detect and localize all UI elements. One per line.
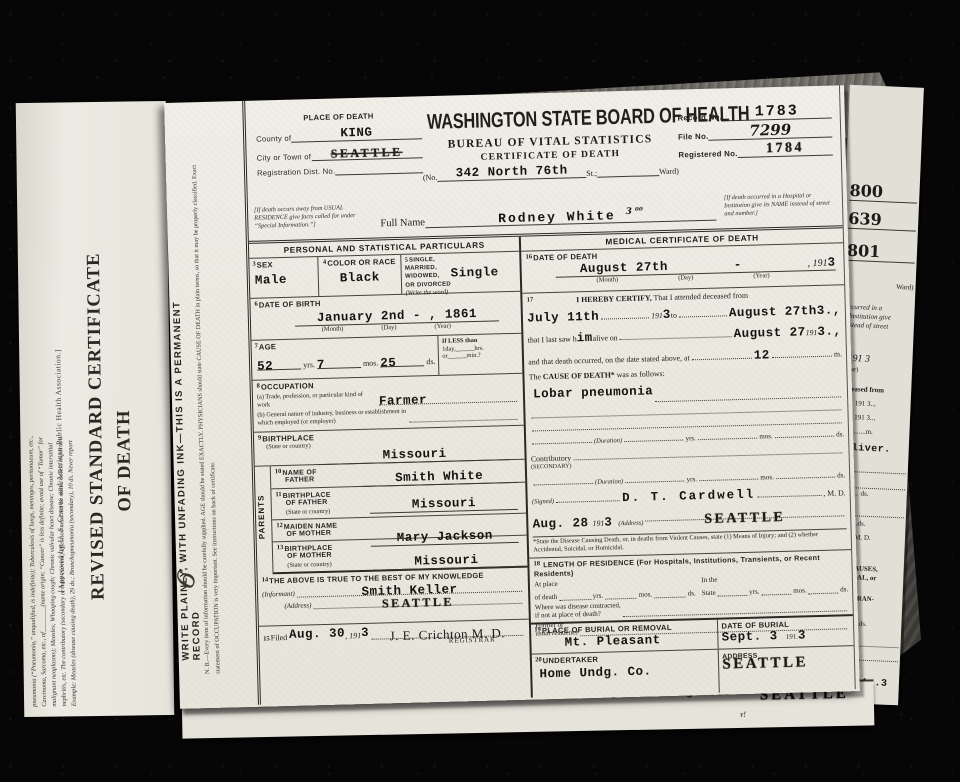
yrs-label: yrs.	[686, 474, 697, 485]
board-of-health-title: WASHINGTON STATE BOARD OF HEALTH	[426, 104, 672, 135]
form-header: PLACE OF DEATH County of KING City or To…	[245, 85, 841, 197]
street-value: 342 North 76th	[456, 163, 568, 180]
day-sublabel: (Day)	[381, 324, 396, 331]
place-of-death-block: PLACE OF DEATH County of KING City or To…	[252, 110, 424, 196]
field-number: 7	[254, 343, 257, 350]
occupation-value: Farmer	[379, 393, 427, 408]
city-label: City or Town of	[257, 152, 312, 162]
file-no-value: 7299	[749, 121, 791, 140]
marital-label: MARRIED,	[405, 265, 437, 272]
address-label: (Address)	[618, 518, 643, 529]
filed-date-value: Aug. 30	[289, 626, 345, 641]
regdist-label: Registration Dist. No.	[257, 166, 336, 177]
ds-label: ds.	[837, 470, 845, 481]
underlying-registered-number: 801	[847, 241, 916, 264]
ds-label: ds.	[840, 585, 848, 593]
full-name-label: Full Name	[380, 217, 425, 229]
death-certificate: WRITE PLAINLY, WITH UNFADING INK—THIS IS…	[164, 85, 860, 709]
yrs-label: yrs.	[593, 591, 604, 599]
month-sublabel: (Month)	[596, 276, 618, 284]
informant-row: 14THE ABOVE IS TRUE TO THE BEST OF MY KN…	[258, 568, 530, 627]
death-occurred-label: and that death occurred, on the date sta…	[528, 352, 690, 368]
signed-year-value: 3	[604, 513, 613, 533]
mother-bp-sublabel: (State or country)	[287, 561, 332, 569]
fee-annotation: 3 ⁰⁰	[626, 207, 644, 217]
hereby-certify-label: I HEREBY CERTIFY,	[576, 293, 652, 304]
title-block: WASHINGTON STATE BOARD OF HEALTH BUREAU …	[421, 104, 679, 193]
dod-year-value: 3	[827, 255, 835, 269]
certification-block: 17 I HEREBY CERTIFY, That I attended dec…	[523, 285, 852, 558]
age-label: AGE	[259, 342, 277, 351]
ward-suffix: Ward)	[659, 166, 679, 176]
filed-year-value: 3	[361, 626, 369, 640]
occupation-row: 8OCCUPATION (a) Trade, profession, or pa…	[252, 374, 524, 433]
field-number: 4	[323, 259, 326, 266]
underlying-file-number: 639	[848, 209, 917, 232]
city-value-stamp: SEATTLE	[331, 144, 403, 160]
marital-label: OR DIVORCED	[405, 281, 451, 288]
certificate-form: PLACE OF DEATH County of KING City or To…	[242, 85, 856, 704]
underlying-year-sub: (Year)	[842, 366, 910, 376]
parents-label: PARENTS	[256, 494, 266, 539]
underlying-note-line4: r.]	[843, 330, 911, 341]
hospital-note: [If death occurred in a Hospital or Inst…	[724, 192, 837, 228]
occupation-b-label: (b) General nature of industry, business…	[257, 408, 407, 427]
field-number: 5	[405, 257, 408, 264]
cause-of-death-value: Lobar pneumonia	[533, 383, 653, 406]
print-191: 191	[806, 327, 818, 339]
print-191: 191	[592, 517, 604, 529]
of-death-label: of death	[534, 592, 557, 601]
informant-label: (Informant)	[262, 590, 295, 599]
duration-label: (Duration)	[594, 436, 622, 447]
contracted-label2: if not at place of death?	[535, 609, 601, 619]
m-label: m.	[834, 348, 842, 360]
dod-day-value: -	[734, 258, 742, 272]
attended-from-value: July 11th	[527, 308, 599, 329]
duration-label: (Duration)	[595, 477, 623, 488]
field-number: 10	[275, 468, 282, 475]
back-instructions-text: pneumonia (“Pneumonia,” unqualified, is …	[26, 423, 166, 707]
state-label: State	[702, 588, 716, 596]
county-label: County of	[256, 133, 291, 143]
occupation-a-label: (a) Trade, profession, or particular kin…	[257, 391, 377, 409]
physician-address-stamp: SEATTLE	[704, 509, 785, 526]
form-body: PERSONAL AND STATISTICAL PARTICULARS 3SE…	[249, 225, 855, 704]
birthplace-value: Missouri	[382, 446, 446, 462]
attended-to-value: August 27th	[729, 302, 817, 324]
print-191: 191.	[786, 632, 798, 640]
last-saw-year: 3.,	[817, 323, 842, 343]
in-the-label: In the	[701, 575, 717, 583]
street-no-prefix: (No.	[423, 172, 438, 181]
sex-label: SEX	[257, 260, 273, 269]
age-months-value: 7	[317, 358, 325, 372]
yrs-label: yrs.	[749, 587, 760, 595]
street-suffix: St.;	[586, 168, 597, 177]
underlying-record-number: 800	[849, 181, 918, 204]
field-number: 9	[258, 435, 261, 442]
marital-label: WIDOWED,	[405, 273, 440, 280]
underlying-year-line: , 191 3	[842, 353, 910, 367]
cause-of-death-label: CAUSE OF DEATH*	[543, 371, 615, 382]
mother-birthplace-value: Missouri	[414, 553, 478, 569]
md-label: , M. D.	[823, 487, 846, 500]
father-name-value: Smith White	[395, 469, 483, 485]
print-191: 191	[651, 310, 663, 322]
dob-label: DATE OF BIRTH	[259, 299, 321, 310]
full-name-value: Rodney White	[498, 208, 616, 226]
informant-address-stamp: SEATTLE	[382, 595, 454, 611]
race-label: COLOR OR RACE	[327, 257, 396, 268]
secondary-label: (SECONDARY)	[531, 463, 571, 470]
field-number: 17	[527, 296, 534, 303]
field-number: 20	[535, 656, 542, 663]
undertaker-label: UNDERTAKER	[543, 654, 599, 664]
signed-date-value: Aug. 28	[532, 514, 589, 535]
field-number: 12	[276, 522, 283, 529]
dod-month-value: August 27th	[580, 260, 668, 276]
undertaker-row: 20UNDERTAKER Home Undg. Co. ADDRESS SEAT…	[532, 646, 855, 698]
marital-label: SINGLE,	[409, 257, 435, 264]
attended-to-year: 3.,	[817, 301, 842, 321]
day-sublabel: (Day)	[678, 274, 693, 281]
physician-signature: D. T. Cardwell	[622, 486, 755, 509]
field-number: 14	[262, 576, 269, 583]
yrs-label: yrs.	[303, 360, 315, 369]
date-of-birth-row: 6DATE OF BIRTH January 2nd - , 1861 (Mon…	[250, 292, 521, 341]
father-birthplace-value: Missouri	[412, 496, 476, 512]
ds-label: ds.	[836, 429, 844, 440]
min-note: or______min.?	[442, 352, 480, 360]
mos-label: mos.	[793, 586, 807, 594]
parents-block: PARENTS 10NAME OF FATHER Smith White 11B…	[255, 460, 528, 575]
year-sublabel: (Year)	[753, 272, 769, 279]
field-number: 19	[534, 626, 541, 633]
field-number: 6	[254, 301, 257, 308]
pen-mark: ʏ!	[740, 710, 746, 719]
mos-label: mos.	[760, 472, 774, 483]
age-days-value: 25	[380, 356, 396, 370]
mos-label: mos.	[639, 590, 653, 598]
dod-label: DATE OF DEATH	[533, 252, 598, 263]
burial-place-value: Mt. Pleasant	[565, 631, 715, 649]
month-sublabel: (Month)	[322, 325, 344, 333]
age-row: 7AGE 52yrs. 7mos. 25ds. If LESS than 1da…	[251, 334, 522, 381]
last-saw-date: August 27	[733, 324, 805, 345]
personal-particulars-column: PERSONAL AND STATISTICAL PARTICULARS 3SE…	[249, 237, 533, 705]
occupation-label: OCCUPATION	[261, 381, 314, 391]
was-as-follows-label: was as follows:	[617, 369, 665, 379]
regdist-blank	[335, 172, 422, 175]
field-number: 13	[277, 544, 284, 551]
informant-address-label: (Address)	[284, 601, 311, 610]
year-sublabel: (Year)	[434, 323, 450, 330]
mos-label: mos.	[363, 358, 379, 367]
field-number: 8	[257, 383, 260, 390]
father-bp-sublabel: (State or country)	[286, 508, 331, 516]
attended-from-year: 3	[663, 306, 672, 326]
record-no-value: 1783	[755, 102, 799, 120]
scanned-death-certificate: 800 639 801 Ward) occurred in a r Instit…	[0, 0, 960, 782]
signed-label: (Signed)	[532, 497, 554, 508]
file-no-label: File No.	[678, 132, 709, 142]
ds-label: ds.	[688, 589, 696, 597]
dod-191-print: , 191	[807, 258, 827, 270]
marital-value: Single	[451, 265, 499, 280]
at-place-label: At place	[534, 579, 558, 588]
yrs-label: yrs.	[685, 433, 696, 444]
field-number: 15	[263, 635, 270, 642]
field-number: 11	[275, 491, 281, 498]
race-value: Black	[321, 270, 398, 286]
undertaker-value: Home Undg. Co.	[539, 662, 715, 681]
ds-label: ds.	[426, 357, 435, 366]
alive-on-label: alive on	[593, 333, 618, 346]
last-saw-him: im	[576, 329, 593, 349]
age-years-value: 52	[257, 359, 273, 373]
usual-residence-note: [If death occurs away from USUAL RESIDEN…	[254, 204, 373, 241]
certificate-back-fold: [Approved by U. S. Census and American P…	[16, 101, 175, 717]
death-time-value: 12	[754, 346, 771, 366]
to-label: to	[671, 310, 677, 322]
field-number: 3	[252, 261, 255, 268]
filed-label: Filed	[271, 633, 288, 642]
burial-date-value: Sept. 3	[722, 629, 778, 644]
length-of-residence-row: 18 LENGTH OF RESIDENCE (For Hospitals, I…	[529, 550, 852, 624]
filed-191-print: , 191	[345, 631, 361, 640]
sex-race-marital-row: 3SEX Male 4COLOR OR RACE Black 5SINGLE, …	[249, 252, 520, 299]
the-label: The	[529, 372, 541, 381]
last-saw-label: that I last saw h	[528, 334, 577, 347]
burial-year-value: 3	[798, 628, 806, 642]
underlying-ward-label: Ward)	[845, 281, 913, 292]
mos-label: mos.	[759, 431, 773, 442]
field-number: 16	[526, 253, 533, 260]
county-value: KING	[340, 126, 372, 141]
filed-row: 15 Filed Aug. 30 , 191 3 J. E. Crichton …	[259, 620, 531, 705]
place-of-death-label: PLACE OF DEATH	[256, 110, 422, 123]
certify-rest-label: That I attended deceased from	[653, 291, 748, 302]
sex-value: Male	[255, 272, 315, 288]
registered-no-label: Registered No.	[678, 149, 737, 160]
medical-certificate-column: MEDICAL CERTIFICATE OF DEATH 16DATE OF D…	[521, 228, 855, 697]
registered-no-value: 1784	[766, 140, 804, 156]
field-number: 18	[534, 560, 541, 567]
undertaker-address-stamp: SEATTLE	[722, 653, 851, 673]
